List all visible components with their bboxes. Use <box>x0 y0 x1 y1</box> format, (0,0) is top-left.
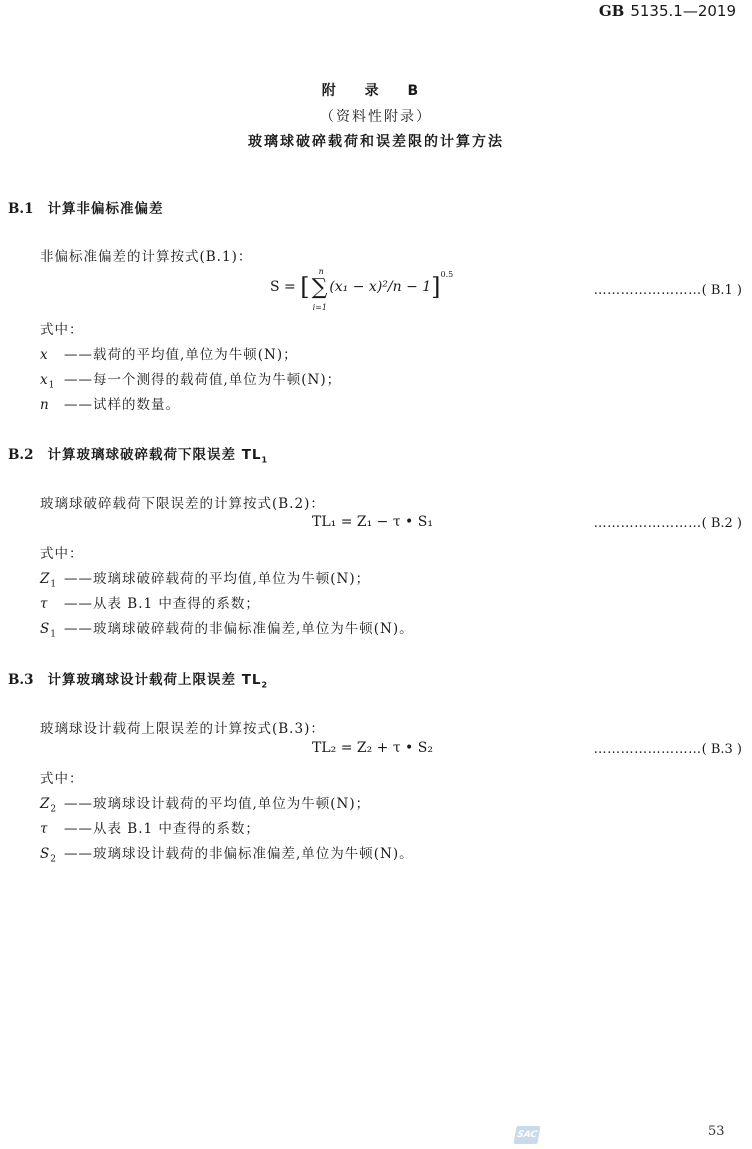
symbol: τ <box>40 596 64 615</box>
section-heading-b1: B.1计算非偏标准偏差 <box>8 197 164 217</box>
definition-text: ——从表 B.1 中查得的系数； <box>64 821 260 837</box>
standard-number: 5135.1—2019 <box>630 2 736 20</box>
section-title-subscript: 2 <box>262 681 269 690</box>
definition-text: ——玻璃球破碎载荷的非偏标准偏差,单位为牛顿(N)。 <box>64 621 414 637</box>
definition-row: Z2——玻璃球设计载荷的平均值,单位为牛顿(N)； <box>40 792 370 815</box>
left-bracket: [ <box>300 273 309 301</box>
definition-row: x——载荷的平均值,单位为牛顿(N)； <box>40 343 298 366</box>
equation-number: ( B.3 ) <box>702 742 742 757</box>
definition-text: ——玻璃球设计载荷的平均值,单位为牛顿(N)； <box>64 796 370 812</box>
equation-number: ( B.1 ) <box>702 283 742 298</box>
definition-text: ——每一个测得的载荷值,单位为牛顿(N)； <box>64 372 341 388</box>
formula-b2: TL₁ = Z₁ − τ • S₁ <box>312 514 433 530</box>
formula-body: (x₁ − x)²/n − 1 <box>329 279 431 295</box>
symbol: Z2 <box>40 796 64 815</box>
sum-upper: n <box>319 267 324 276</box>
symbol: Z1 <box>40 571 64 590</box>
standard-code: GB5135.1—2019 <box>599 2 736 20</box>
summation-icon: ∑ni=1 <box>312 275 328 300</box>
where-label: 式中： <box>40 767 84 787</box>
page-number: 53 <box>708 1124 725 1139</box>
equation-reference-b1: ……………………( B.1 ) <box>594 283 742 298</box>
formula-b3: TL₂ = Z₂ + τ • S₂ <box>312 740 433 756</box>
definition-text: ——玻璃球破碎载荷的平均值,单位为牛顿(N)； <box>64 571 370 587</box>
section-number: B.1 <box>8 201 34 217</box>
definition-row: τ——从表 B.1 中查得的系数； <box>40 592 260 615</box>
section-title: 计算玻璃球设计载荷上限误差 TL <box>48 672 262 688</box>
sac-logo-icon: SAC <box>513 1126 540 1144</box>
leader-dots: …………………… <box>594 742 702 757</box>
formula-lhs: S <box>270 279 280 295</box>
formula-intro: 非偏标准偏差的计算按式(B.1)： <box>40 245 252 265</box>
definition-row: τ——从表 B.1 中查得的系数； <box>40 817 260 840</box>
section-number: B.3 <box>8 672 34 688</box>
symbol: S2 <box>40 846 64 865</box>
equation-reference-b2: ……………………( B.2 ) <box>594 516 742 531</box>
appendix-title: 附 录 B <box>0 80 752 100</box>
leader-dots: …………………… <box>594 516 702 531</box>
symbol: x1 <box>40 372 64 391</box>
leader-dots: …………………… <box>594 283 702 298</box>
section-number: B.2 <box>8 447 34 463</box>
where-label: 式中： <box>40 542 84 562</box>
definition-row: x1——每一个测得的载荷值,单位为牛顿(N)； <box>40 368 341 391</box>
definition-row: Z1——玻璃球破碎载荷的平均值,单位为牛顿(N)； <box>40 567 370 590</box>
formula-intro: 玻璃球设计载荷上限误差的计算按式(B.3)： <box>40 717 325 737</box>
definition-row: S2——玻璃球设计载荷的非偏标准偏差,单位为牛顿(N)。 <box>40 842 414 865</box>
section-heading-b2: B.2计算玻璃球破碎载荷下限误差 TL1 <box>8 443 268 465</box>
formula-b1: S = [∑ni=1(x₁ − x)²/n − 1]0.5 <box>270 270 453 301</box>
symbol: n <box>40 397 64 416</box>
appendix-subtitle: （资料性附录） <box>0 106 752 126</box>
symbol: S1 <box>40 621 64 640</box>
section-heading-b3: B.3计算玻璃球设计载荷上限误差 TL2 <box>8 668 268 690</box>
appendix-name: 玻璃球破碎载荷和误差限的计算方法 <box>0 131 752 151</box>
section-title: 计算非偏标准偏差 <box>48 201 164 217</box>
definition-row: S1——玻璃球破碎载荷的非偏标准偏差,单位为牛顿(N)。 <box>40 617 414 640</box>
symbol: x <box>40 347 64 366</box>
section-title-subscript: 1 <box>262 456 269 465</box>
standard-prefix: GB <box>599 2 625 20</box>
definition-text: ——试样的数量。 <box>64 397 180 413</box>
where-label: 式中： <box>40 318 84 338</box>
right-bracket: ] <box>431 273 440 301</box>
definition-text: ——从表 B.1 中查得的系数； <box>64 596 260 612</box>
definition-row: n——试样的数量。 <box>40 393 180 416</box>
formula-intro: 玻璃球破碎载荷下限误差的计算按式(B.2)： <box>40 492 325 512</box>
equation-reference-b3: ……………………( B.3 ) <box>594 742 742 757</box>
definition-text: ——玻璃球设计载荷的非偏标准偏差,单位为牛顿(N)。 <box>64 846 414 862</box>
definition-text: ——载荷的平均值,单位为牛顿(N)； <box>64 347 298 363</box>
section-title: 计算玻璃球破碎载荷下限误差 TL <box>48 447 262 463</box>
formula-exponent: 0.5 <box>441 270 454 279</box>
equation-number: ( B.2 ) <box>702 516 742 531</box>
sum-lower: i=1 <box>313 303 327 312</box>
symbol: τ <box>40 821 64 840</box>
